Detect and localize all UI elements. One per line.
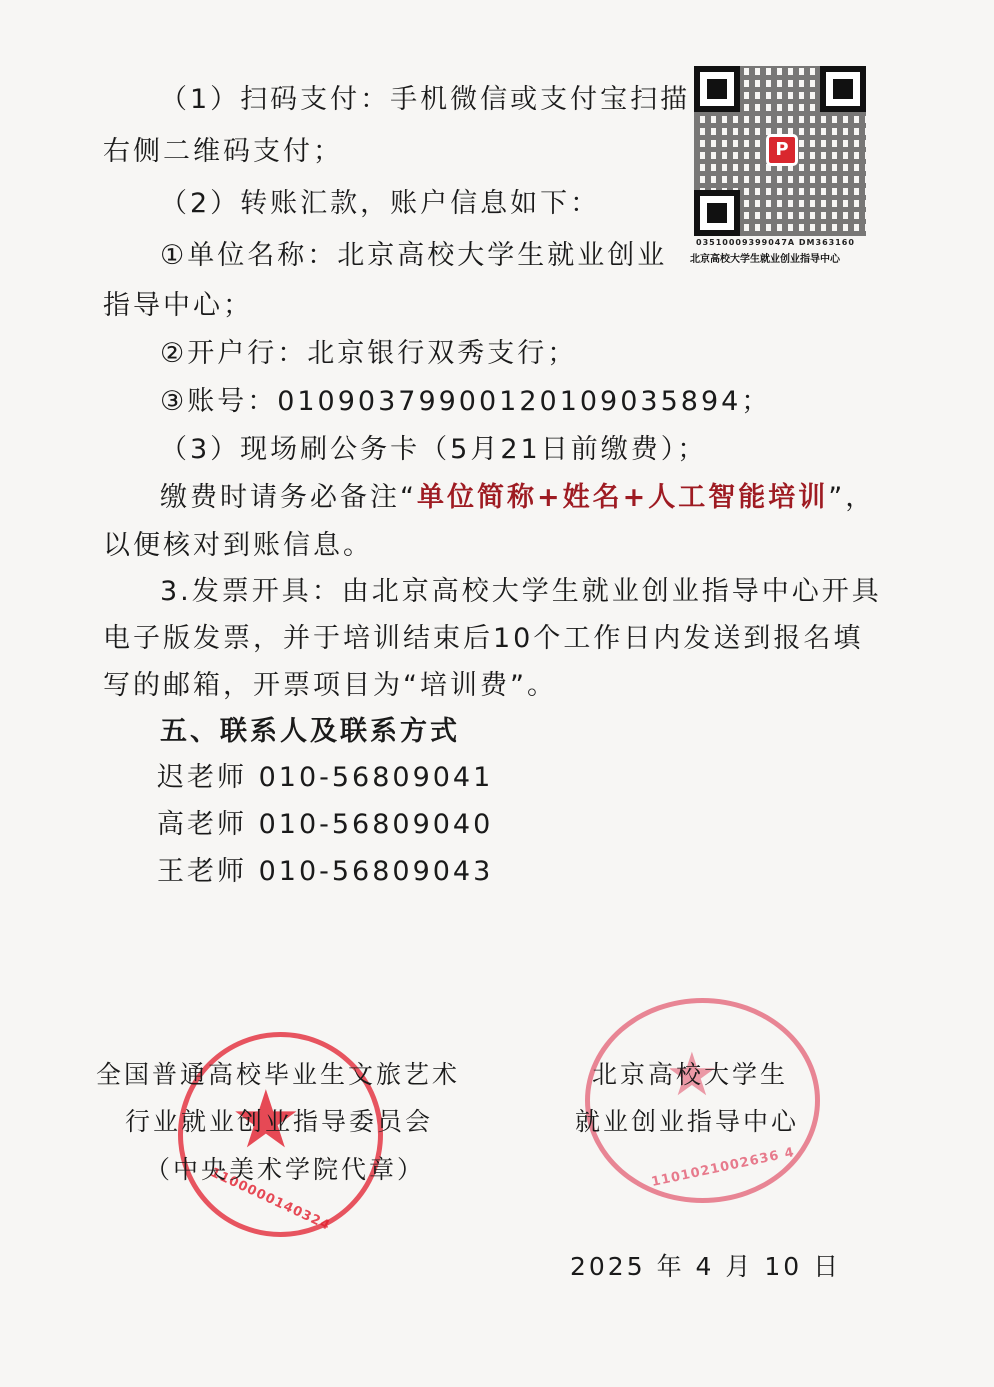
note-line: 缴费时请务必备注“单位简称+姓名+人工智能培训”， (160, 484, 875, 511)
unit-name-cont: 指导中心； (103, 292, 253, 319)
note-prefix: 缴费时请务必备注“ (160, 482, 417, 513)
document-page: （1）扫码支付：手机微信或支付宝扫描 右侧二维码支付； （2）转账汇款，账户信息… (0, 0, 994, 1387)
unit-name-line: ①单位名称：北京高校大学生就业创业 (160, 242, 667, 269)
bank-line: ②开户行：北京银行双秀支行； (160, 340, 577, 367)
signatory-left-line-2: 行业就业创业指导委员会 (125, 1102, 433, 1138)
signatory-left-line-1: 全国普通高校毕业生文旅艺术 (96, 1055, 460, 1091)
scan-pay-line: （1）扫码支付：手机微信或支付宝扫描 (160, 86, 690, 113)
invoice-line-2: 电子版发票，并于培训结束后10个工作日内发送到报名填 (103, 625, 863, 652)
note-suffix: ”， (828, 482, 875, 513)
signatory-right-line-2: 就业创业指导中心 (575, 1102, 799, 1138)
account-line: ③账号：01090379900120109035894； (160, 388, 771, 415)
contacts-heading: 五、联系人及联系方式 (160, 718, 460, 745)
signatory-left-line-3: （中央美术学院代章） (145, 1150, 425, 1186)
signatory-right-line-1: 北京高校大学生 (592, 1055, 788, 1091)
qr-caption: 北京高校大学生就业创业指导中心 (690, 250, 840, 265)
contact-item: 迟老师 010-56809041 (157, 764, 493, 791)
qr-code-text: 03510009399047A DM363160 (696, 238, 855, 247)
qr-finder-icon (820, 66, 866, 112)
invoice-line-3: 写的邮箱，开票项目为“培训费”。 (103, 672, 557, 699)
transfer-line: （2）转账汇款，账户信息如下： (160, 190, 600, 217)
qr-finder-icon (694, 190, 740, 236)
note-cont: 以便核对到账信息。 (103, 532, 373, 559)
payment-logo-icon: P (766, 134, 798, 166)
invoice-line-1: 3.发票开具：由北京高校大学生就业创业指导中心开具 (160, 578, 882, 605)
note-highlight: 单位简称+姓名+人工智能培训 (417, 482, 828, 513)
qr-finder-icon (694, 66, 740, 112)
contact-item: 高老师 010-56809040 (157, 811, 493, 838)
scan-pay-cont: 右侧二维码支付； (103, 138, 343, 165)
payment-qr-code: P 03510009399047A DM363160 北京高校大学生就业创业指导… (690, 66, 870, 261)
document-date: 2025 年 4 月 10 日 (570, 1247, 841, 1283)
contact-item: 王老师 010-56809043 (157, 858, 493, 885)
card-line: （3）现场刷公务卡（5月21日前缴费）； (160, 436, 707, 463)
